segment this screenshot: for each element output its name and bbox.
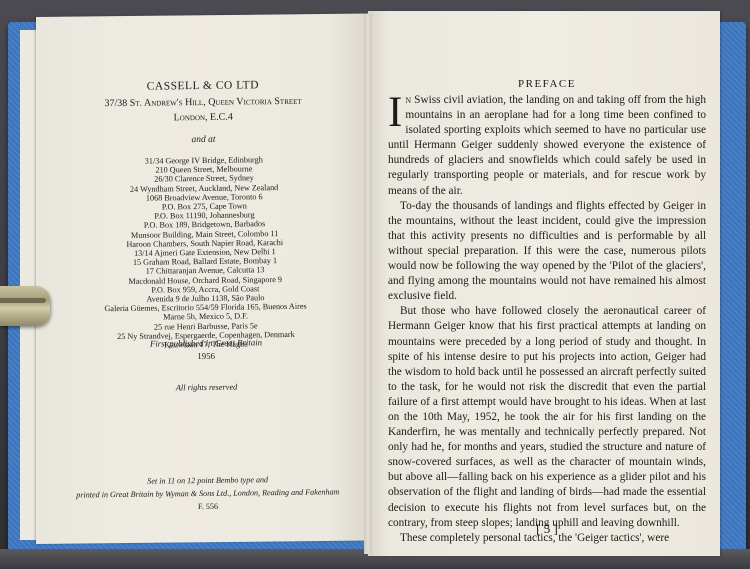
preface-page: PREFACE In Swiss civil aviation, the lan… — [388, 11, 706, 556]
branch-list: 31/34 George IV Bridge, Edinburgh 210 Qu… — [38, 154, 372, 351]
rights-notice: All rights reserved — [40, 381, 372, 394]
publication-year: 1956 — [40, 349, 372, 363]
imprint-page: CASSELL & CO LTD 37/38 St. Andrew's Hill… — [36, 13, 374, 544]
and-at-label: and at — [37, 133, 369, 147]
publisher-city: London, E.C.4 — [37, 110, 369, 125]
page-number: [ 5 ] — [388, 521, 706, 537]
drop-cap: I — [388, 95, 402, 131]
paragraph: To-day the thousands of landings and fli… — [388, 199, 706, 305]
paragraph: But those who have followed closely the … — [388, 304, 706, 530]
publisher-address: 37/38 St. Andrew's Hill, Queen Victoria … — [37, 95, 369, 110]
paragraph-text: Swiss civil aviation, the landing on and… — [388, 94, 706, 197]
printer-note: printed in Great Britain by Wyman & Sons… — [42, 487, 374, 500]
page-title: PREFACE — [388, 78, 706, 90]
print-code: F. 556 — [42, 500, 374, 513]
paragraph: In Swiss civil aviation, the landing on … — [388, 93, 706, 199]
typeset-note: Set in 11 on 12 point Bembo type and — [42, 474, 374, 487]
preface-body: In Swiss civil aviation, the landing on … — [388, 93, 706, 546]
publisher-name: CASSELL & CO LTD — [37, 78, 369, 94]
